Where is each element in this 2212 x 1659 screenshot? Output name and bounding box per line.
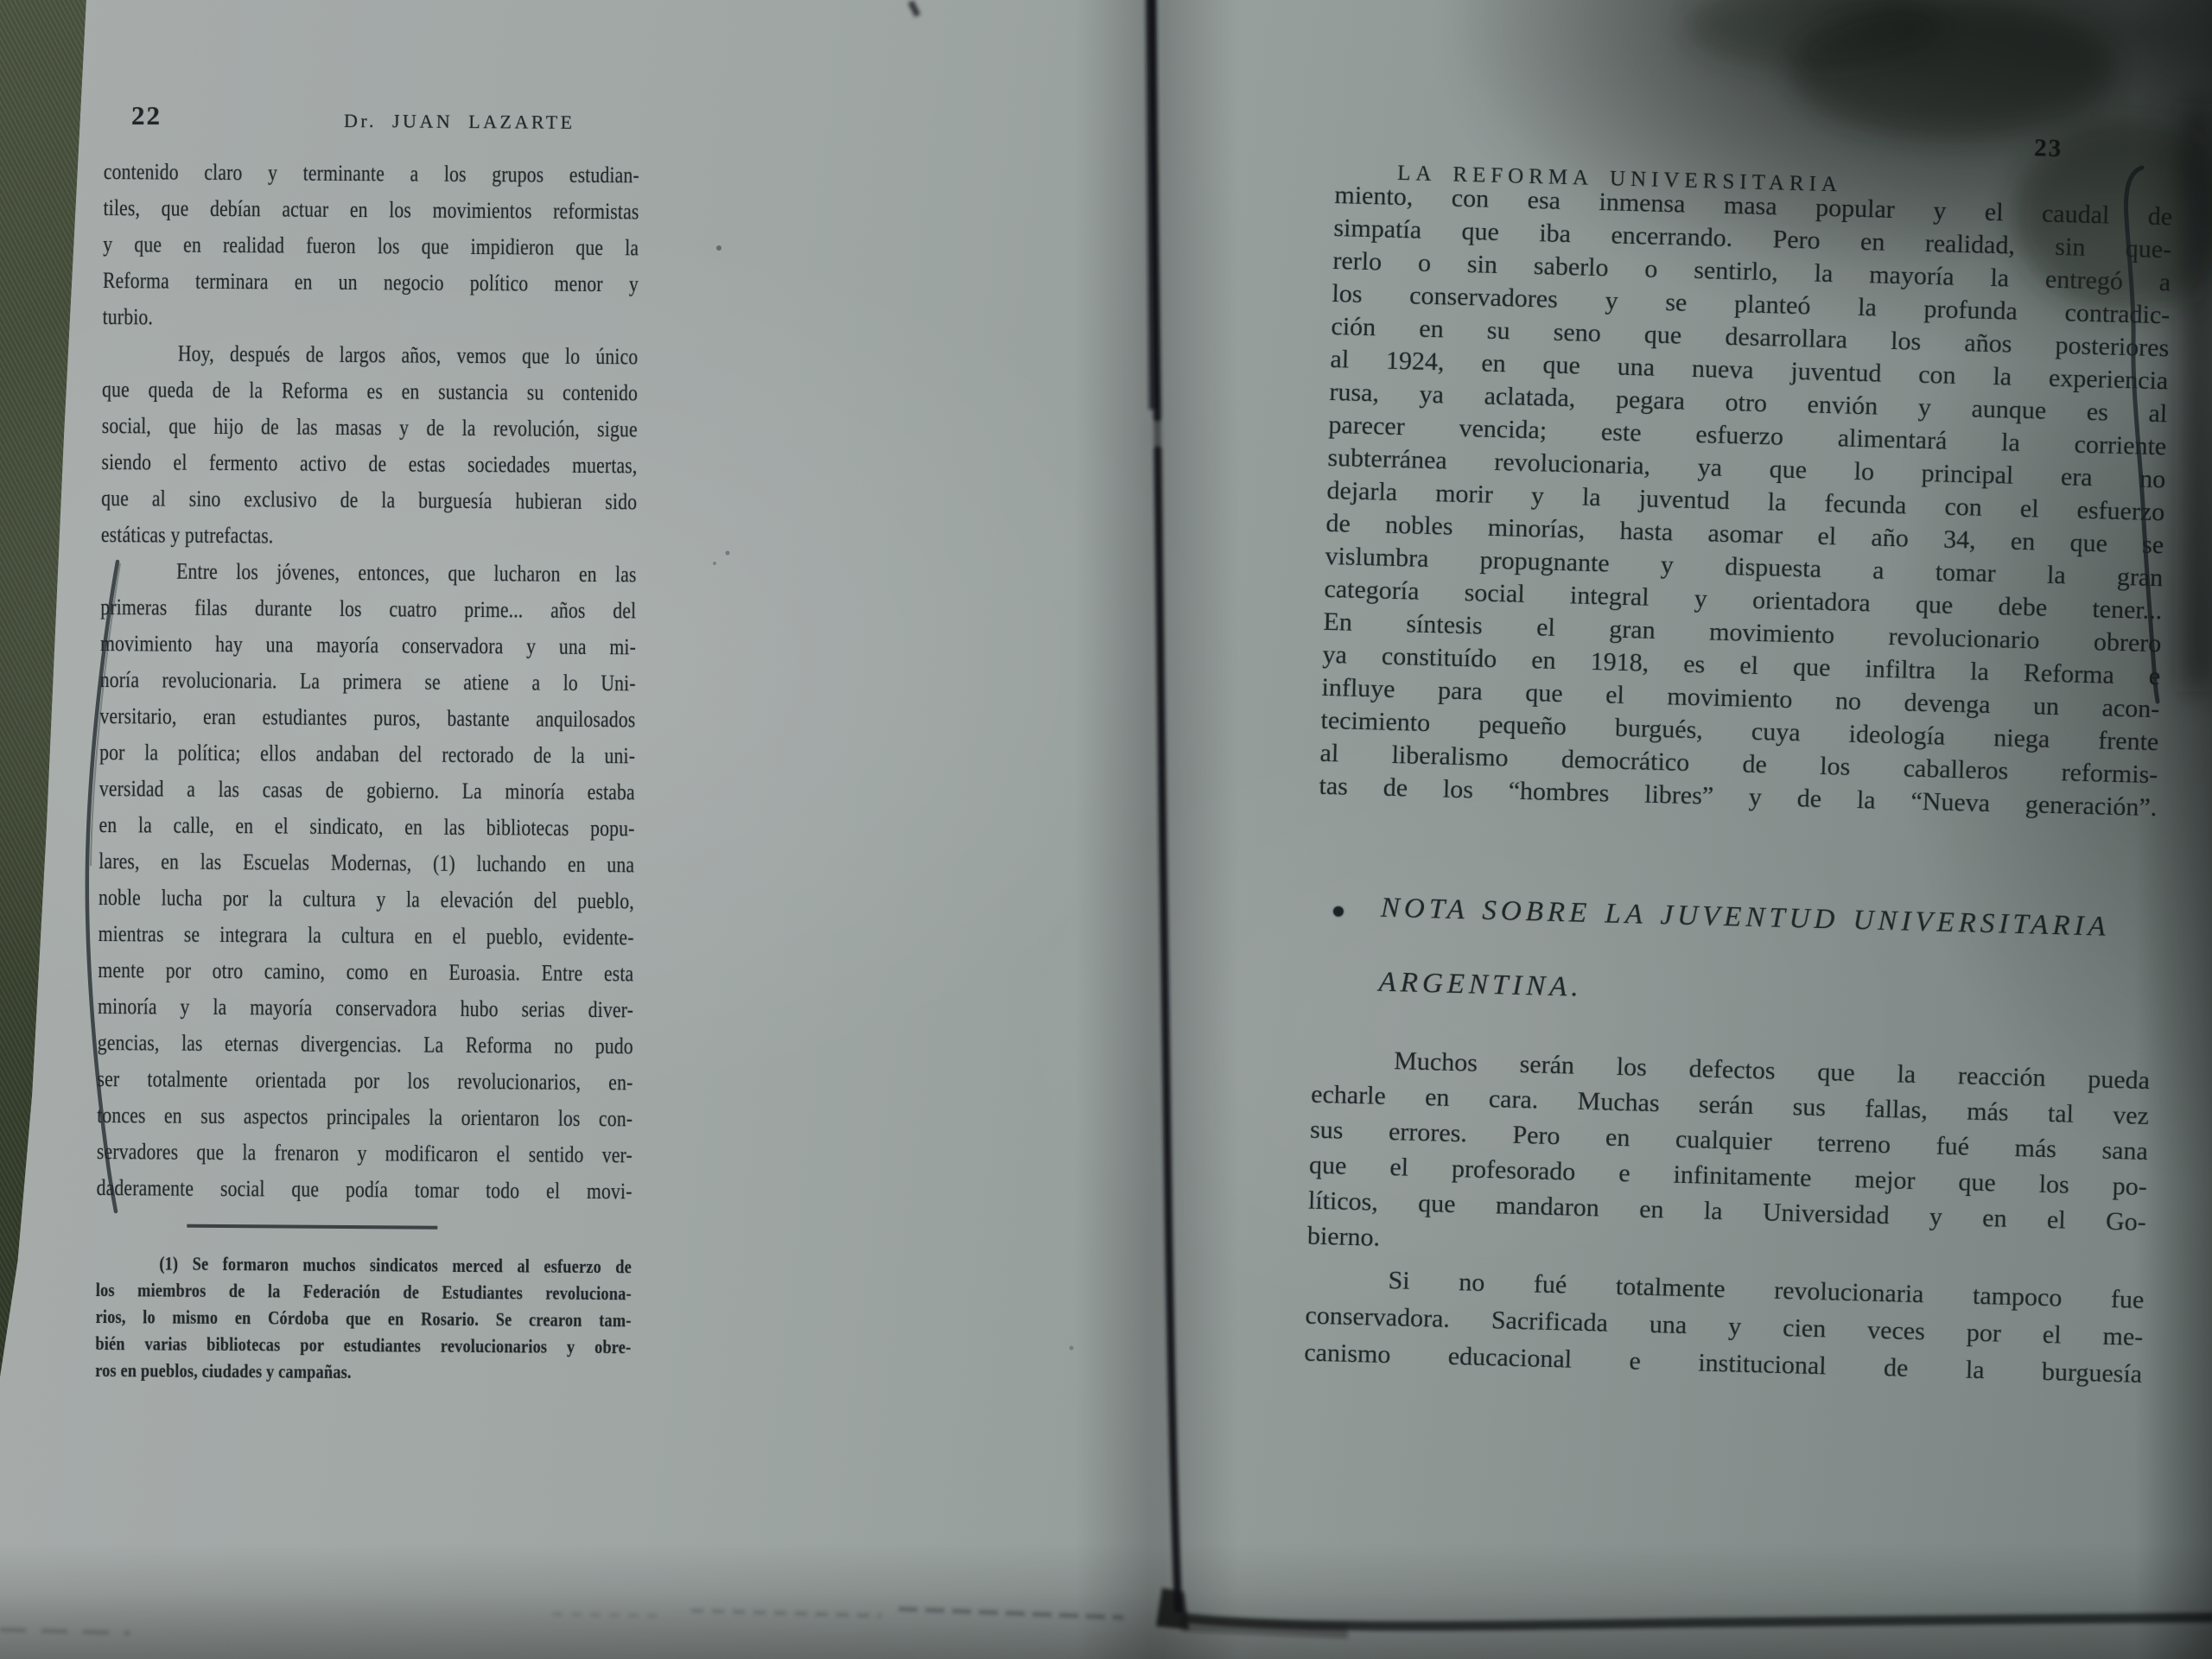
left-page-text: contenido claro y terminante a los grupo… [95, 154, 639, 1387]
text-line: los miembros de la Federación de Estudia… [96, 1276, 632, 1306]
right-page-body: miento, con esa inmensa masa popular y e… [1319, 179, 2173, 824]
text-line: versidad a las casas de gobierno. La min… [99, 771, 635, 810]
left-page-running-header: Dr. JUAN LAZARTE [344, 110, 575, 134]
text-line: ros en pueblos, ciudades y campañas. [95, 1357, 631, 1387]
section-heading: ● NOTA SOBRE LA JUVENTUD UNIVERSITARIA A… [1313, 889, 2154, 1020]
paragraph: Si no fué totalmente revolucionaria tamp… [1304, 1262, 2145, 1395]
text-line: minoría y la mayoría conservadora hubo s… [98, 988, 633, 1028]
gutter-bottom-blob [1156, 1588, 1189, 1630]
text-line: ser totalmente orientada por los revoluc… [97, 1061, 632, 1101]
bullet-icon: ● [1331, 893, 1345, 927]
text-line: noble lucha por la cultura y la elevació… [99, 880, 634, 919]
section-heading-line1: NOTA SOBRE LA JUVENTUD UNIVERSITARIA [1380, 891, 2154, 945]
right-page-text: LA REFORMA UNIVERSITARIA 23 miento, con … [1304, 179, 2173, 1395]
paragraph: Hoy, después de largos años, vemos que l… [101, 335, 639, 556]
text-line: servadores que la frenaron y modificaron… [97, 1134, 632, 1173]
text-line: lares, en las Escuelas Modernas, (1) luc… [99, 843, 634, 883]
text-line: tiles, que debían actuar en los movimien… [103, 190, 639, 230]
text-line: gencias, las eternas divergencias. La Re… [98, 1025, 633, 1065]
text-line: estáticas y putrefactas. [101, 517, 637, 556]
text-line: rios, lo mismo en Córdoba que en Rosario… [95, 1303, 631, 1333]
shadow-blotch [1789, 0, 2117, 138]
paragraph: contenido claro y terminante a los grupo… [103, 154, 639, 339]
text-line: movimiento hay una mayoría conservadora … [100, 626, 636, 665]
right-edge-shadow [2184, 104, 2212, 691]
text-line: en la calle, en el sindicato, en las bib… [99, 807, 634, 847]
text-line: (1) Se formaron muchos sindicatos merced… [96, 1249, 632, 1280]
text-line: versitario, eran estudiantes puros, bast… [99, 698, 635, 738]
shadow-blotch [1685, 0, 1944, 69]
left-page-footnote: (1) Se formaron muchos sindicatos merced… [95, 1249, 632, 1387]
book-photo: 22 Dr. JUAN LAZARTE contenido claro y te… [0, 0, 2212, 1659]
book-gutter-line [1152, 0, 1179, 1612]
text-line: mientras se integrara la cultura en el p… [99, 916, 634, 956]
text-line: turbio. [103, 299, 639, 339]
text-line: social, que hijo de las masas y de la re… [102, 408, 638, 448]
left-page-number: 22 [131, 100, 162, 131]
top-edge-tick [911, 2, 918, 16]
text-line: mente por otro camino, como en Euroasia.… [98, 952, 633, 992]
text-line: Reforma terminara en un negocio político… [103, 263, 639, 302]
text-line: tonces en sus aspectos principales la or… [97, 1097, 632, 1137]
text-line: primeras filas durante los cuatro prime.… [100, 589, 636, 629]
text-line: Entre los jóvenes, entonces, que lucharo… [100, 553, 636, 593]
text-line: contenido claro y terminante a los grupo… [104, 154, 639, 194]
text-line: y que en realidad fueron los que impidie… [103, 226, 639, 266]
paragraph: Entre los jóvenes, entonces, que lucharo… [96, 553, 636, 1210]
text-line: noría revolucionaria. La primera se atie… [100, 662, 636, 702]
book-gutter-line-top [1151, 0, 1154, 410]
text-line: siendo el fermento activo de estas socie… [101, 444, 637, 484]
text-line: que al sino exclusivo de la burguesía hu… [101, 480, 637, 520]
paragraph: miento, con esa inmensa masa popular y e… [1319, 179, 2173, 824]
right-page-number: 23 [2034, 131, 2063, 165]
gutter-gap [1144, 422, 1165, 446]
text-line: Hoy, después de largos años, vemos que l… [102, 335, 638, 375]
left-page-body: contenido claro y terminante a los grupo… [96, 154, 639, 1210]
bottom-smudge-line [0, 1609, 2212, 1633]
right-page-body-continued: Muchos serán los defectos que la reacció… [1304, 1043, 2151, 1395]
text-line: por la política; ellos andaban del recto… [99, 734, 635, 774]
footnote-separator [187, 1224, 437, 1230]
text-line: que queda de la Reforma es en sustancia … [102, 372, 638, 411]
text-line: daderamente social que podía tomar todo … [96, 1170, 632, 1210]
text-line: bién varias bibliotecas por estudiantes … [95, 1330, 631, 1360]
paragraph: Muchos serán los defectos que la reacció… [1306, 1043, 2150, 1277]
ink-specks [713, 245, 1074, 1351]
paragraph: (1) Se formaron muchos sindicatos merced… [95, 1249, 632, 1387]
section-heading-line2: ARGENTINA. [1378, 965, 2152, 1020]
